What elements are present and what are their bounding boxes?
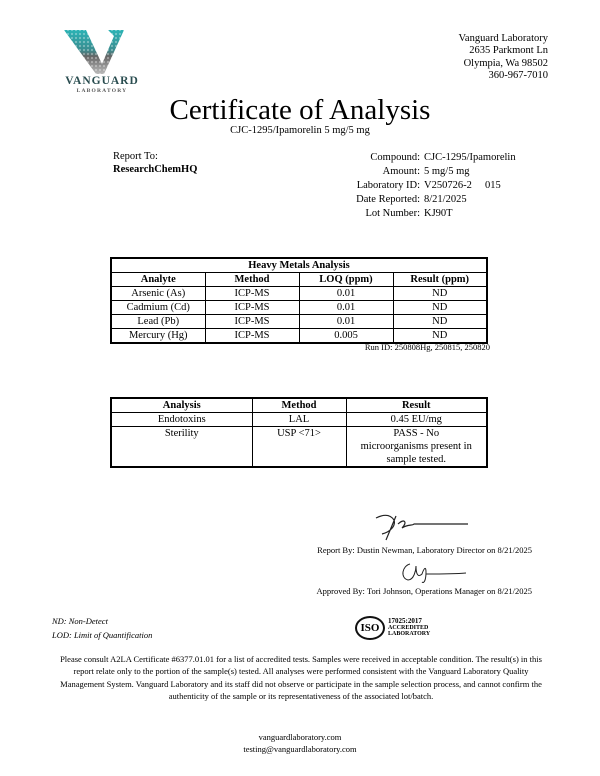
- v-mark-icon: [62, 28, 142, 76]
- website-link[interactable]: vanguardlaboratory.com: [0, 732, 600, 744]
- table-caption: Heavy Metals Analysis: [111, 258, 487, 273]
- report-to: Report To: ResearchChemHQ: [113, 151, 197, 176]
- iso-accreditation-badge: ISO 17025:2017 ACCREDITED LABORATORY: [355, 616, 430, 640]
- report-by: Report By: Dustin Newman, Laboratory Dir…: [0, 545, 532, 555]
- table-row: Mercury (Hg)ICP-MS0.005ND: [111, 329, 487, 344]
- legend-nd: ND: Non-Detect: [52, 614, 152, 628]
- info-row-amount: Amount:5 mg/5 mg: [310, 165, 516, 179]
- info-row-date: Date Reported:8/21/2025: [310, 193, 516, 207]
- table-row: SterilityUSP <71>PASS - No microorganism…: [111, 427, 487, 468]
- heavy-metals-table: Heavy Metals Analysis Analyte Method LOQ…: [110, 257, 488, 344]
- page-subtitle: CJC-1295/Ipamorelin 5 mg/5 mg: [0, 125, 600, 136]
- microbiology-table: Analysis Method Result EndotoxinsLAL0.45…: [110, 397, 488, 468]
- disclaimer-text: Please consult A2LA Certificate #6377.01…: [56, 653, 546, 702]
- signature-manager-icon: [398, 560, 468, 586]
- table-header-row: Analysis Method Result: [111, 398, 487, 413]
- page-title: Certificate of Analysis: [0, 94, 600, 126]
- signature-director-icon: [372, 508, 472, 544]
- table-row: Arsenic (As)ICP-MS0.01ND: [111, 287, 487, 301]
- vanguard-logo: VANGUARD LABORATORY: [62, 28, 138, 100]
- footer: vanguardlaboratory.com testing@vanguardl…: [0, 732, 600, 755]
- info-row-lab-id: Laboratory ID:V250726-2 015: [310, 179, 516, 193]
- info-row-lot: Lot Number:KJ90T: [310, 207, 516, 221]
- lab-address: Vanguard Laboratory 2635 Parkmont Ln Oly…: [458, 33, 548, 82]
- approved-by: Approved By: Tori Johnson, Operations Ma…: [0, 586, 532, 596]
- sample-info: Compound:CJC-1295/Ipamorelin Amount:5 mg…: [310, 151, 516, 221]
- run-id: Run ID: 250808Hg, 250815, 250820: [365, 342, 490, 352]
- table-row: Lead (Pb)ICP-MS0.01ND: [111, 315, 487, 329]
- table-row: EndotoxinsLAL0.45 EU/mg: [111, 413, 487, 427]
- lab-street: 2635 Parkmont Ln: [458, 45, 548, 57]
- lab-name: Vanguard Laboratory: [458, 33, 548, 45]
- lab-phone: 360-967-7010: [458, 70, 548, 82]
- iso-globe-icon: ISO: [355, 616, 385, 640]
- logo-wordmark: VANGUARD: [62, 75, 142, 87]
- abbreviations-legend: ND: Non-Detect LOD: Limit of Quantificat…: [52, 614, 152, 642]
- report-to-label: Report To:: [113, 151, 197, 164]
- report-to-value: ResearchChemHQ: [113, 164, 197, 177]
- table-row: Cadmium (Cd)ICP-MS0.01ND: [111, 301, 487, 315]
- email-link[interactable]: testing@vanguardlaboratory.com: [0, 744, 600, 756]
- table-header-row: Analyte Method LOQ (ppm) Result (ppm): [111, 273, 487, 287]
- lab-city: Olympia, Wa 98502: [458, 58, 548, 70]
- info-row-compound: Compound:CJC-1295/Ipamorelin: [310, 151, 516, 165]
- legend-lod: LOD: Limit of Quantification: [52, 628, 152, 642]
